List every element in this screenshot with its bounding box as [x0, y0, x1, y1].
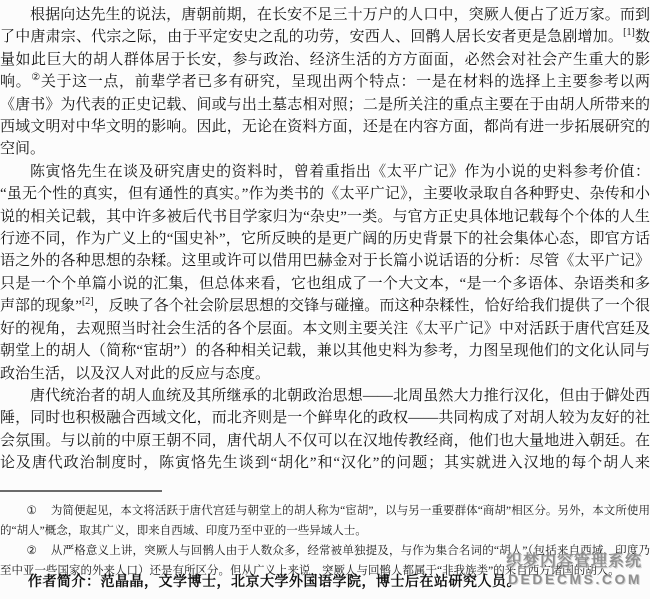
author-bio: 作者简介：范晶晶，文学博士，北京大学外国语学院，博士后在站研究人员。	[28, 571, 521, 591]
footnote-ref: [1]	[623, 27, 635, 38]
paragraph: 陈寅恪先生在谈及研究唐史的资料时，曾着重指出《太平广记》作为小说的史料参考价值：…	[0, 161, 650, 385]
watermark-dedecms-text: DEDECMS.COM	[506, 571, 642, 587]
footnote-text: 为简便起见，本文将活跃于唐代宫廷与朝堂上的胡人称为“宦胡”，以与另一重要群体“商…	[0, 505, 650, 537]
watermark-chinese-text: 织梦内容管理系统	[506, 553, 642, 571]
footnote-ref: ②	[31, 72, 41, 83]
watermark: 织梦内容管理系统 DEDECMS.COM	[506, 553, 642, 587]
footnote-separator	[0, 490, 162, 492]
text-run: 关于这一点，前辈学者已多有研究，呈现出两个特点：一是在材料的选择上主要参考以两《…	[0, 74, 650, 157]
footnote: ①为简便起见，本文将活跃于唐代宫廷与朝堂上的胡人称为“宦胡”，以与另一重要群体“…	[0, 501, 650, 541]
paragraph: 根据向达先生的说法，唐朝前期，在长安不足三十万户的人口中，突厥人便占了近万家。而…	[0, 4, 650, 161]
author-bio-text: 作者简介：范晶晶，文学博士，北京大学外国语学院，博士后在站研究人员。	[28, 575, 521, 590]
footnote-marker: ②	[26, 545, 36, 557]
footnote-marker: ①	[26, 505, 36, 517]
article-body: 根据向达先生的说法，唐朝前期，在长安不足三十万户的人口中，突厥人便占了近万家。而…	[0, 0, 650, 475]
paragraph: 唐代统治者的胡人血统及其所继承的北朝政治思想——北周虽然大力推行汉化，但由于僻处…	[0, 385, 650, 475]
text-run: ，反映了各个社会阶层思想的交锋与碰撞。而这种杂糅性，恰好给我们提供了一个很好的视…	[0, 298, 650, 381]
text-run: 唐代统治者的胡人血统及其所继承的北朝政治思想——北周虽然大力推行汉化，但由于僻处…	[0, 388, 650, 471]
text-run: 根据向达先生的说法，唐朝前期，在长安不足三十万户的人口中，突厥人便占了近万家。而…	[0, 7, 650, 45]
text-run: 陈寅恪先生在谈及研究唐史的资料时，曾着重指出《太平广记》作为小说的史料参考价值：…	[0, 164, 650, 314]
footnote-ref: [2]	[82, 296, 94, 307]
document-page: 根据向达先生的说法，唐朝前期，在长安不足三十万户的人口中，突厥人便占了近万家。而…	[0, 0, 650, 599]
